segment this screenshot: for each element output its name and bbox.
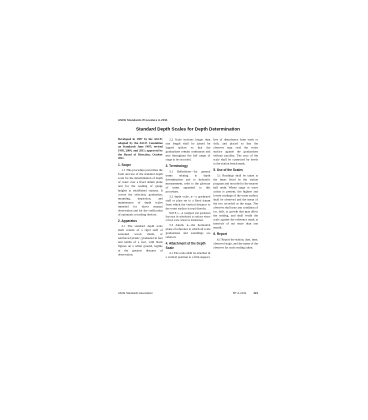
footer-publisher: ASCE Standards Association <box>118 292 153 295</box>
paragraph: 6.1 Report the station, date, time, obse… <box>213 238 258 250</box>
section-heading-apparatus: 2. Apparatus <box>118 219 163 223</box>
paragraph: 2.1 The standard depth scale shall consi… <box>118 225 163 257</box>
designation-header: ASCE Standards Procedure A-2011 <box>118 119 258 122</box>
footer-document-code: BT A-2011 <box>233 292 246 295</box>
section-heading-scope: 1. Scope <box>118 164 163 168</box>
paragraph: 5.1 Readings shall be taken at the times… <box>213 174 258 230</box>
paragraph: 3.1 Definitions—for general terms relati… <box>166 170 211 194</box>
column-layout: Developed in 1987 by the ASCE; adopted b… <box>118 138 258 260</box>
definition-paragraph: 3.3 datum, n—the horizontal plane of ref… <box>166 224 211 240</box>
section-heading-report: 6. Report <box>213 233 258 237</box>
page-number: 421 <box>254 292 259 295</box>
definition-paragraph: 3.2 depth scale, n—a graduated staff or … <box>166 195 211 211</box>
footer-right-group: BT A-2011 421 <box>233 292 258 295</box>
page-footer: ASCE Standards Association BT A-2011 421 <box>118 292 258 295</box>
section-heading-use: 5. Use of the Scales <box>213 169 258 173</box>
document-viewer: ASCE Standards Procedure A-2011 Standard… <box>0 0 368 420</box>
adoption-note: Developed in 1987 by the ASCE; adopted b… <box>118 138 163 161</box>
note-paragraph: NOTE 1—A weighted and graduated line may… <box>166 212 211 223</box>
paragraph: 1.1 This procedure prescribes the form a… <box>118 169 163 217</box>
page-title: Standard Depth Scales for Depth Determin… <box>118 127 258 132</box>
paragraph: 2.2 Scale sections longer than one lengt… <box>166 138 211 162</box>
section-heading-attachment: 4. Attachment of the Depth Scale <box>166 242 211 250</box>
section-heading-terminology: 3. Terminology <box>166 165 211 169</box>
document-page: ASCE Standards Procedure A-2011 Standard… <box>118 119 258 299</box>
